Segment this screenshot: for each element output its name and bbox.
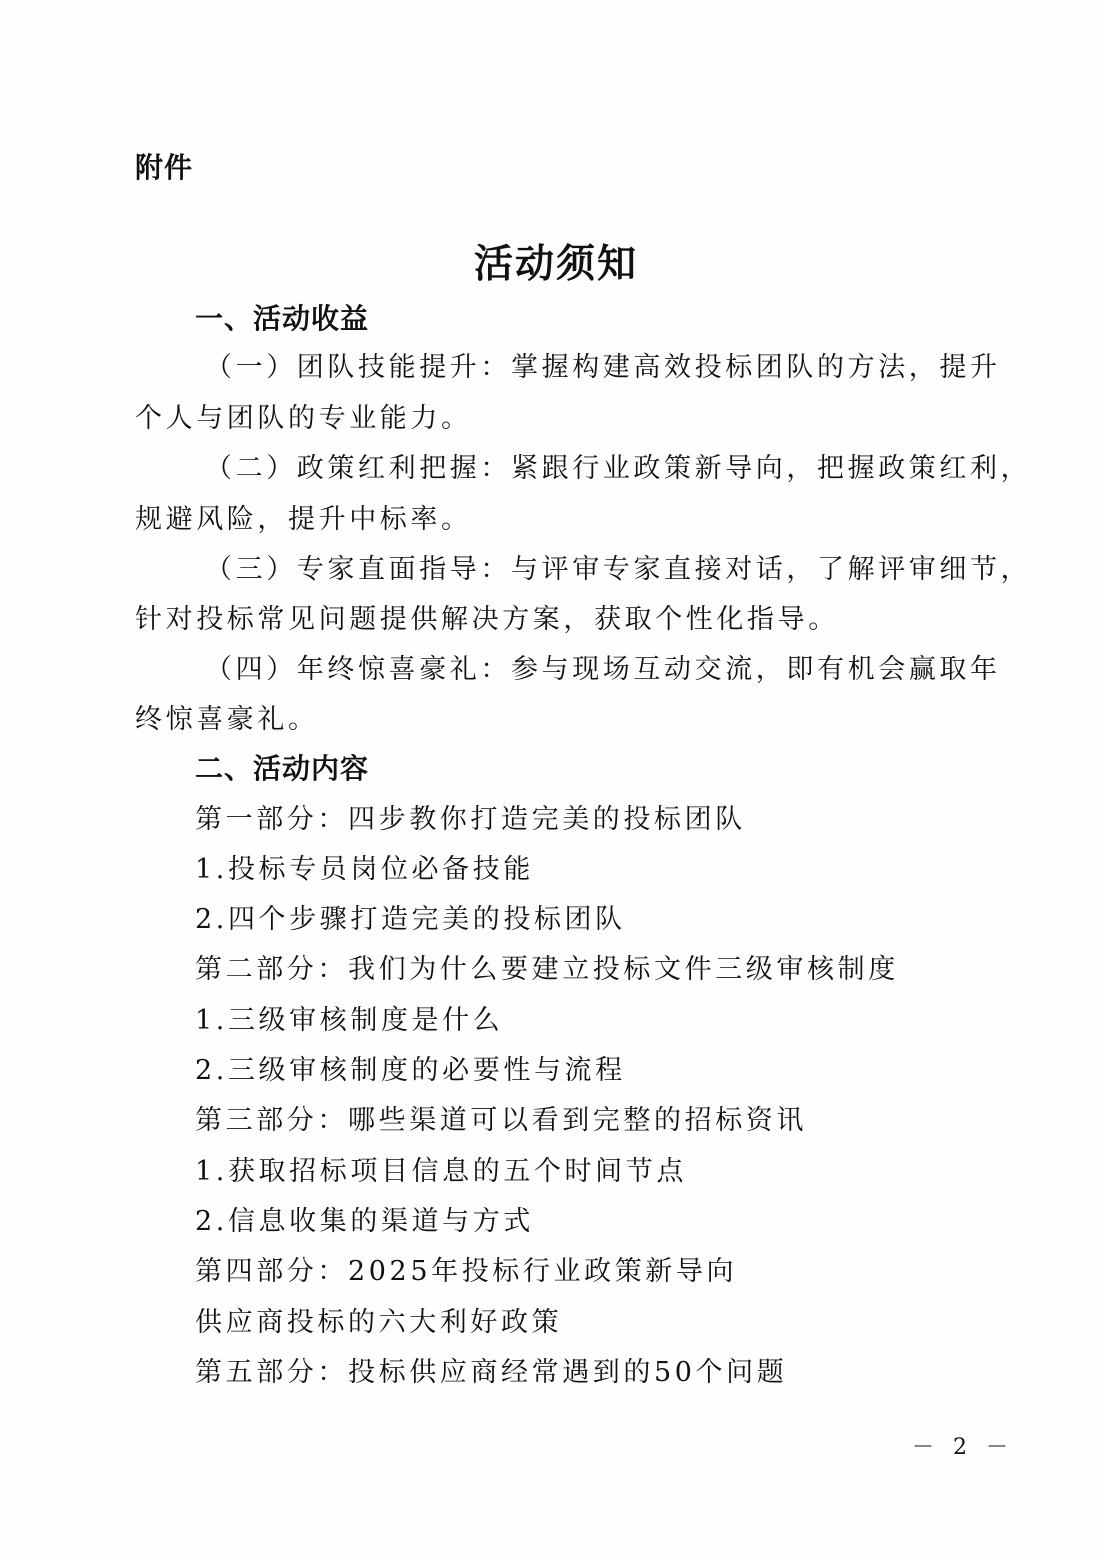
content-line: 第四部分：2025年投标行业政策新导向	[195, 1249, 737, 1288]
page-title: 活动须知	[0, 233, 1102, 289]
benefit-2-line2: 规避风险，提升中标率。	[135, 497, 472, 536]
attachment-label: 附件	[135, 146, 193, 186]
section-heading-benefits: 一、活动收益	[195, 297, 369, 337]
content-line: 1.投标专员岗位必备技能	[195, 847, 534, 886]
benefit-2-line1: （二）政策红利把握：紧跟行业政策新导向，把握政策红利，	[205, 446, 1031, 485]
content-line: 供应商投标的六大利好政策	[195, 1300, 562, 1339]
content-line: 第二部分：我们为什么要建立投标文件三级审核制度	[195, 947, 899, 986]
benefit-3-line2: 针对投标常见问题提供解决方案，获取个性化指导。	[135, 597, 839, 636]
benefit-1-line1: （一）团队技能提升：掌握构建高效投标团队的方法，提升	[205, 345, 1001, 384]
document-page: 附件 活动须知 一、活动收益 （一）团队技能提升：掌握构建高效投标团队的方法，提…	[0, 0, 1102, 1559]
benefit-4-line2: 终惊喜豪礼。	[135, 697, 319, 736]
content-line: 1.三级审核制度是什么	[195, 998, 503, 1037]
content-line: 第五部分：投标供应商经常遇到的50个问题	[195, 1350, 787, 1389]
content-line: 第三部分：哪些渠道可以看到完整的招标资讯	[195, 1098, 807, 1137]
content-line: 第一部分：四步教你打造完美的投标团队	[195, 797, 746, 836]
page-number: － 2 －	[912, 1430, 1014, 1461]
section-heading-content: 二、活动内容	[195, 747, 369, 787]
benefit-4-line1: （四）年终惊喜豪礼：参与现场互动交流，即有机会赢取年	[205, 647, 1001, 686]
content-line: 1.获取招标项目信息的五个时间节点	[195, 1149, 687, 1188]
benefit-1-line2: 个人与团队的专业能力。	[135, 396, 472, 435]
content-line: 2.三级审核制度的必要性与流程	[195, 1048, 626, 1087]
benefit-3-line1: （三）专家直面指导：与评审专家直接对话，了解评审细节，	[205, 547, 1031, 586]
content-line: 2.四个步骤打造完美的投标团队	[195, 897, 626, 936]
content-line: 2.信息收集的渠道与方式	[195, 1199, 534, 1238]
